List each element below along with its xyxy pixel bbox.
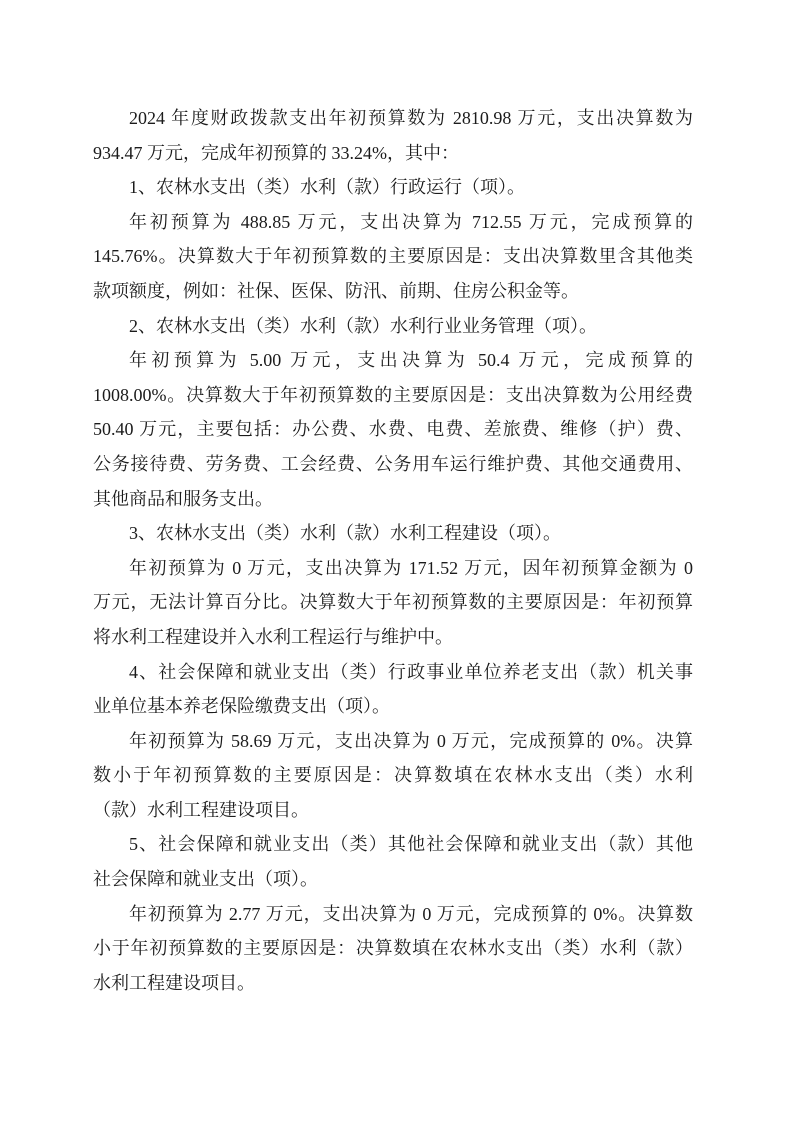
text-line: 50.40 万元，主要包括：办公费、水费、电费、差旅费、维修（护）费、 — [93, 412, 693, 447]
text-line: 934.47 万元，完成年初预算的 33.24%，其中： — [93, 136, 693, 171]
text-line: 4、社会保障和就业支出（类）行政事业单位养老支出（款）机关事 — [93, 655, 693, 690]
text-line: 145.76%。决算数大于年初预算数的主要原因是：支出决算数里含其他类 — [93, 239, 693, 274]
text-line: 款项额度，例如：社保、医保、防汛、前期、住房公积金等。 — [93, 274, 693, 309]
text-line: 其他商品和服务支出。 — [93, 482, 693, 517]
text-line: （款）水利工程建设项目。 — [93, 793, 693, 828]
text-line: 5、社会保障和就业支出（类）其他社会保障和就业支出（款）其他 — [93, 827, 693, 862]
text-line: 年初预算为 0 万元，支出决算为 171.52 万元，因年初预算金额为 0 — [93, 551, 693, 586]
text-line: 万元，无法计算百分比。决算数大于年初预算数的主要原因是：年初预算 — [93, 585, 693, 620]
text-line: 数小于年初预算数的主要原因是：决算数填在农林水支出（类）水利 — [93, 758, 693, 793]
text-line: 水利工程建设项目。 — [93, 966, 693, 1001]
text-line: 2、农林水支出（类）水利（款）水利行业业务管理（项）。 — [93, 309, 693, 344]
text-line: 公务接待费、劳务费、工会经费、公务用车运行维护费、其他交通费用、 — [93, 447, 693, 482]
document-page: 2024 年度财政拨款支出年初预算数为 2810.98 万元，支出决算数为 93… — [0, 0, 793, 1122]
text-line: 年初预算为 5.00 万元，支出决算为 50.4 万元，完成预算的 — [93, 343, 693, 378]
text-line: 年初预算为 2.77 万元，支出决算为 0 万元，完成预算的 0%。决算数 — [93, 897, 693, 932]
text-line: 小于年初预算数的主要原因是：决算数填在农林水支出（类）水利（款） — [93, 931, 693, 966]
text-line: 年初预算为 58.69 万元，支出决算为 0 万元，完成预算的 0%。决算 — [93, 724, 693, 759]
text-line: 将水利工程建设并入水利工程运行与维护中。 — [93, 620, 693, 655]
text-line: 1008.00%。决算数大于年初预算数的主要原因是：支出决算数为公用经费 — [93, 378, 693, 413]
document-text-block: 2024 年度财政拨款支出年初预算数为 2810.98 万元，支出决算数为 93… — [93, 101, 693, 1000]
text-line: 2024 年度财政拨款支出年初预算数为 2810.98 万元，支出决算数为 — [93, 101, 693, 136]
text-line: 1、农林水支出（类）水利（款）行政运行（项）。 — [93, 170, 693, 205]
text-line: 社会保障和就业支出（项）。 — [93, 862, 693, 897]
text-line: 业单位基本养老保险缴费支出（项）。 — [93, 689, 693, 724]
text-line: 3、农林水支出（类）水利（款）水利工程建设（项）。 — [93, 516, 693, 551]
text-line: 年初预算为 488.85 万元，支出决算为 712.55 万元，完成预算的 — [93, 205, 693, 240]
